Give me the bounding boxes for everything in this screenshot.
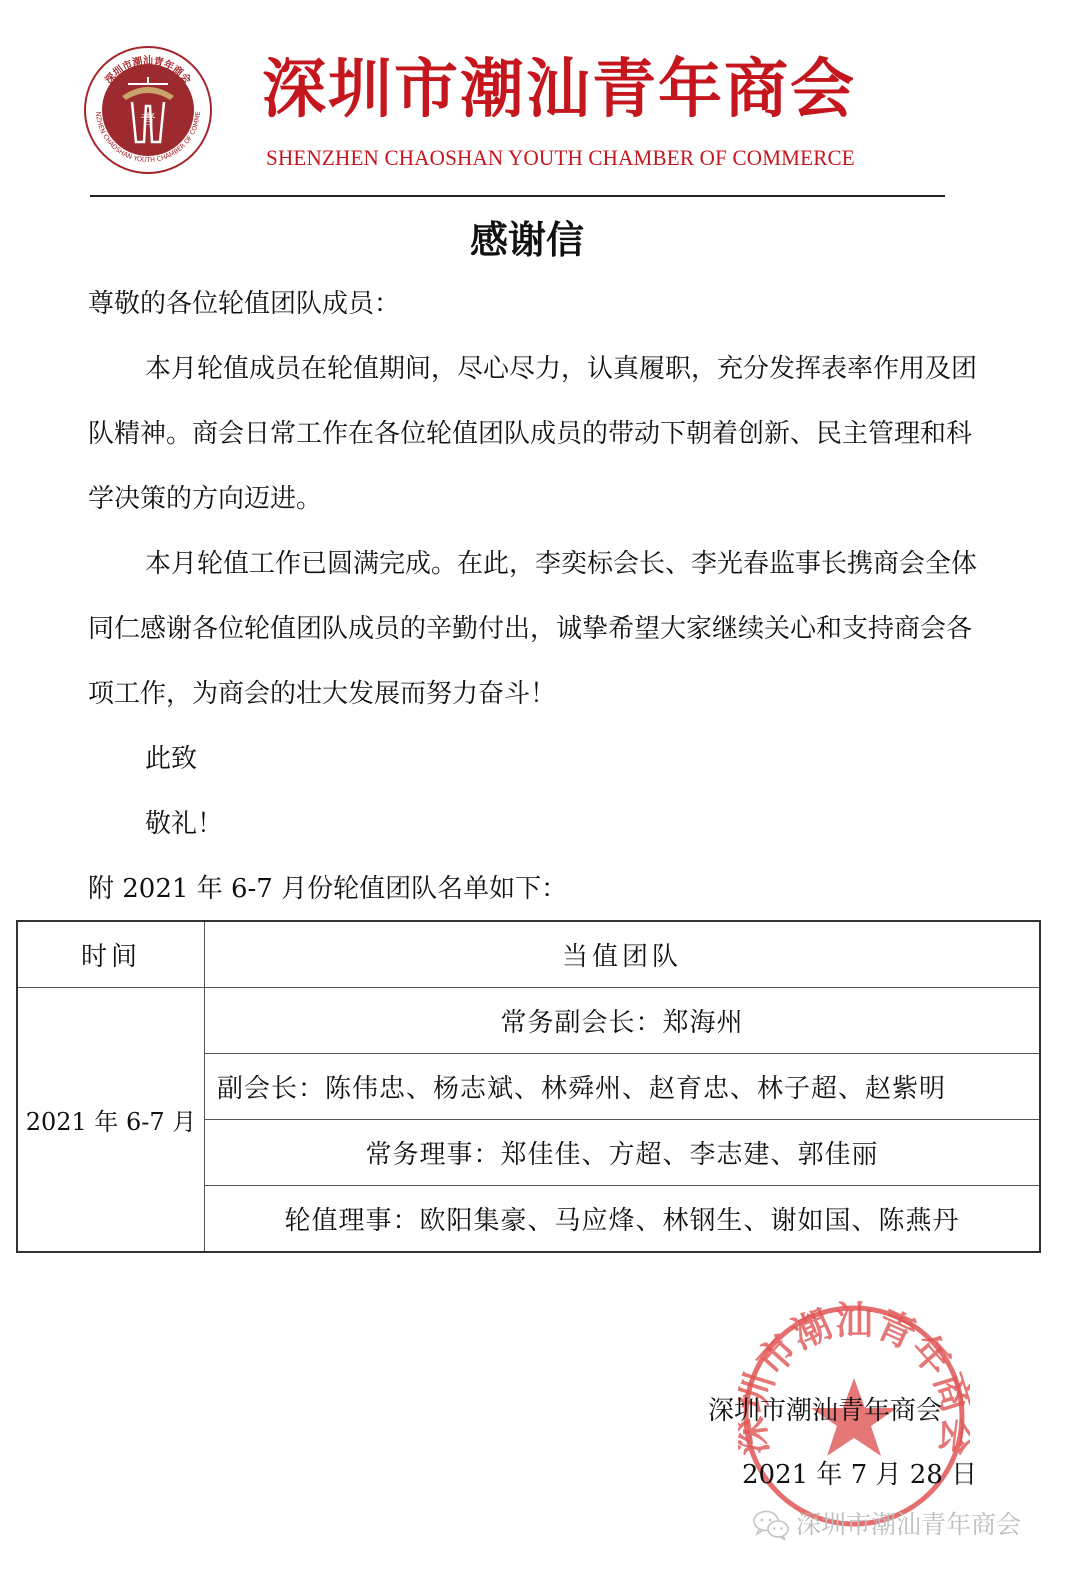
header-divider [90, 195, 945, 197]
watermark-text: 深圳市潮汕青年商会 [796, 1505, 1021, 1545]
closing-line-1: 此致 [145, 727, 1035, 792]
team-row-rotating-director: 轮值理事：欧阳集豪、马应烽、林钢生、谢如国、陈燕丹 [205, 1186, 1041, 1253]
header-time: 时间 [17, 921, 205, 988]
paragraph-1: 本月轮值成员在轮值期间，尽心尽力，认真履职，充分发挥表率作用及团队精神。商会日常… [88, 337, 978, 532]
svg-text:青: 青 [140, 111, 156, 130]
attachment-note: 附 2021 年 6-7 月份轮值团队名单如下： [88, 857, 978, 922]
table-row: 2021 年 6-7 月 常务副会长：郑海州 [17, 988, 1040, 1054]
signature-date: 2021 年 7 月 28 日 [742, 1450, 977, 1500]
wechat-watermark: 深圳市潮汕青年商会 [752, 1505, 1021, 1545]
period-cell: 2021 年 6-7 月 [17, 988, 205, 1253]
chamber-logo-icon: 青 深圳市潮汕青年商会 SHENZHEN CHAOSHAN YOUTH CHAM… [82, 44, 214, 176]
wechat-icon [752, 1509, 790, 1541]
team-row-vp: 副会长：陈伟忠、杨志斌、林舜州、赵育忠、林子超、赵紫明 [205, 1054, 1041, 1120]
table-header-row: 时间 当值团队 [17, 921, 1040, 988]
org-name-cn: 深圳市潮汕青年商会 [262, 50, 856, 130]
salutation: 尊敬的各位轮值团队成员： [88, 272, 978, 337]
letter-title: 感谢信 [0, 210, 1054, 270]
team-row-executive-director: 常务理事：郑佳佳、方超、李志建、郭佳丽 [205, 1120, 1041, 1186]
paragraph-2: 本月轮值工作已圆满完成。在此，李奕标会长、李光春监事长携商会全体同仁感谢各位轮值… [88, 532, 978, 727]
org-name-en: SHENZHEN CHAOSHAN YOUTH CHAMBER OF COMME… [266, 144, 855, 172]
closing-line-2: 敬礼！ [145, 792, 1035, 857]
header-team: 当值团队 [205, 921, 1041, 988]
signature-org: 深圳市潮汕青年商会 [708, 1386, 942, 1436]
roster-table: 时间 当值团队 2021 年 6-7 月 常务副会长：郑海州 副会长：陈伟忠、杨… [16, 920, 1041, 1253]
team-row-executive-vp: 常务副会长：郑海州 [205, 988, 1041, 1054]
